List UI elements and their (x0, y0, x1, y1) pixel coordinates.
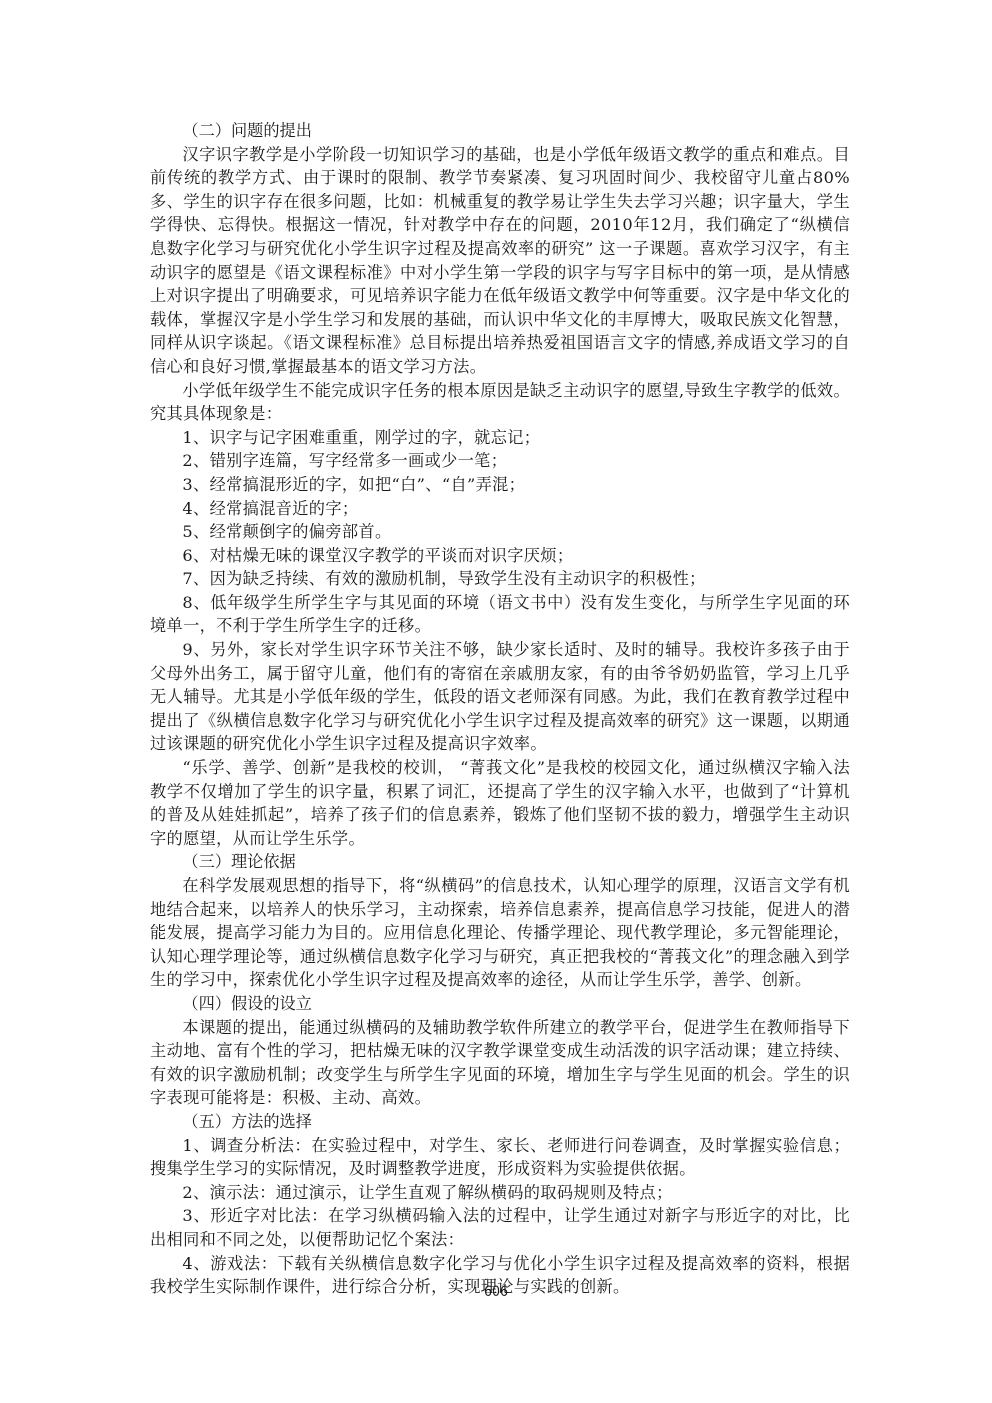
list-item: 6、对枯燥无味的课堂汉字教学的平谈而对识字厌烦； (150, 544, 850, 568)
section-hypothesis: （四）假设的设立 本课题的提出，能通过纵横码的及辅助教学软件所建立的教学平台，促… (150, 992, 850, 1110)
list-item: 4、经常搞混音近的字； (150, 497, 850, 521)
paragraph: 本课题的提出，能通过纵横码的及辅助教学软件所建立的教学平台，促进学生在教师指导下… (150, 1016, 850, 1110)
list-item: 1、识字与记字困难重重，刚学过的字，就忘记； (150, 426, 850, 450)
paragraph: “乐学、善学、创新”是我校的校训， “菁莪文化”是我校的校园文化，通过纵横汉字输… (150, 756, 850, 850)
list-item: 9、另外，家长对学生识字环节关注不够，缺少家长适时、及时的辅导。我校许多孩子由于… (150, 638, 850, 756)
list-item: 3、经常搞混形近的字，如把“白”、“自”弄混； (150, 473, 850, 497)
list-item: 3、形近字对比法：在学习纵横码输入法的过程中，让学生通过对新字与形近字的对比，比… (150, 1204, 850, 1251)
paragraph: 在科学发展观思想的指导下，将“纵横码”的信息技术，认知心理学的原理，汉语言文学有… (150, 874, 850, 992)
list-item: 5、经常颠倒字的偏旁部首。 (150, 520, 850, 544)
paragraph: 汉字识字教学是小学阶段一切知识学习的基础，也是小学低年级语文教学的重点和难点。目… (150, 143, 850, 379)
section-heading: （四）假设的设立 (150, 992, 850, 1016)
section-heading: （二）问题的提出 (150, 119, 850, 143)
list-item: 1、调查分析法：在实验过程中，对学生、家长、老师进行问卷调查，及时掌握实验信息；… (150, 1134, 850, 1181)
section-methods: （五）方法的选择 1、调查分析法：在实验过程中，对学生、家长、老师进行问卷调查，… (150, 1110, 850, 1299)
list-item: 2、演示法：通过演示，让学生直观了解纵横码的取码规则及特点； (150, 1181, 850, 1205)
section-theory: （三）理论依据 在科学发展观思想的指导下，将“纵横码”的信息技术，认知心理学的原… (150, 850, 850, 992)
page-number: 606 (0, 1284, 992, 1300)
section-heading: （五）方法的选择 (150, 1110, 850, 1134)
section-heading: （三）理论依据 (150, 850, 850, 874)
document-page: （二）问题的提出 汉字识字教学是小学阶段一切知识学习的基础，也是小学低年级语文教… (150, 119, 850, 1299)
list-item: 7、因为缺乏持续、有效的激励机制，导致学生没有主动识字的积极性； (150, 567, 850, 591)
list-item: 8、低年级学生所学生字与其见面的环境（语文书中）没有发生变化，与所学生字见面的环… (150, 591, 850, 638)
section-problem: （二）问题的提出 汉字识字教学是小学阶段一切知识学习的基础，也是小学低年级语文教… (150, 119, 850, 850)
paragraph: 小学低年级学生不能完成识字任务的根本原因是缺乏主动识字的愿望,导致生字教学的低效… (150, 379, 850, 426)
list-item: 2、错别字连篇，写字经常多一画或少一笔； (150, 449, 850, 473)
